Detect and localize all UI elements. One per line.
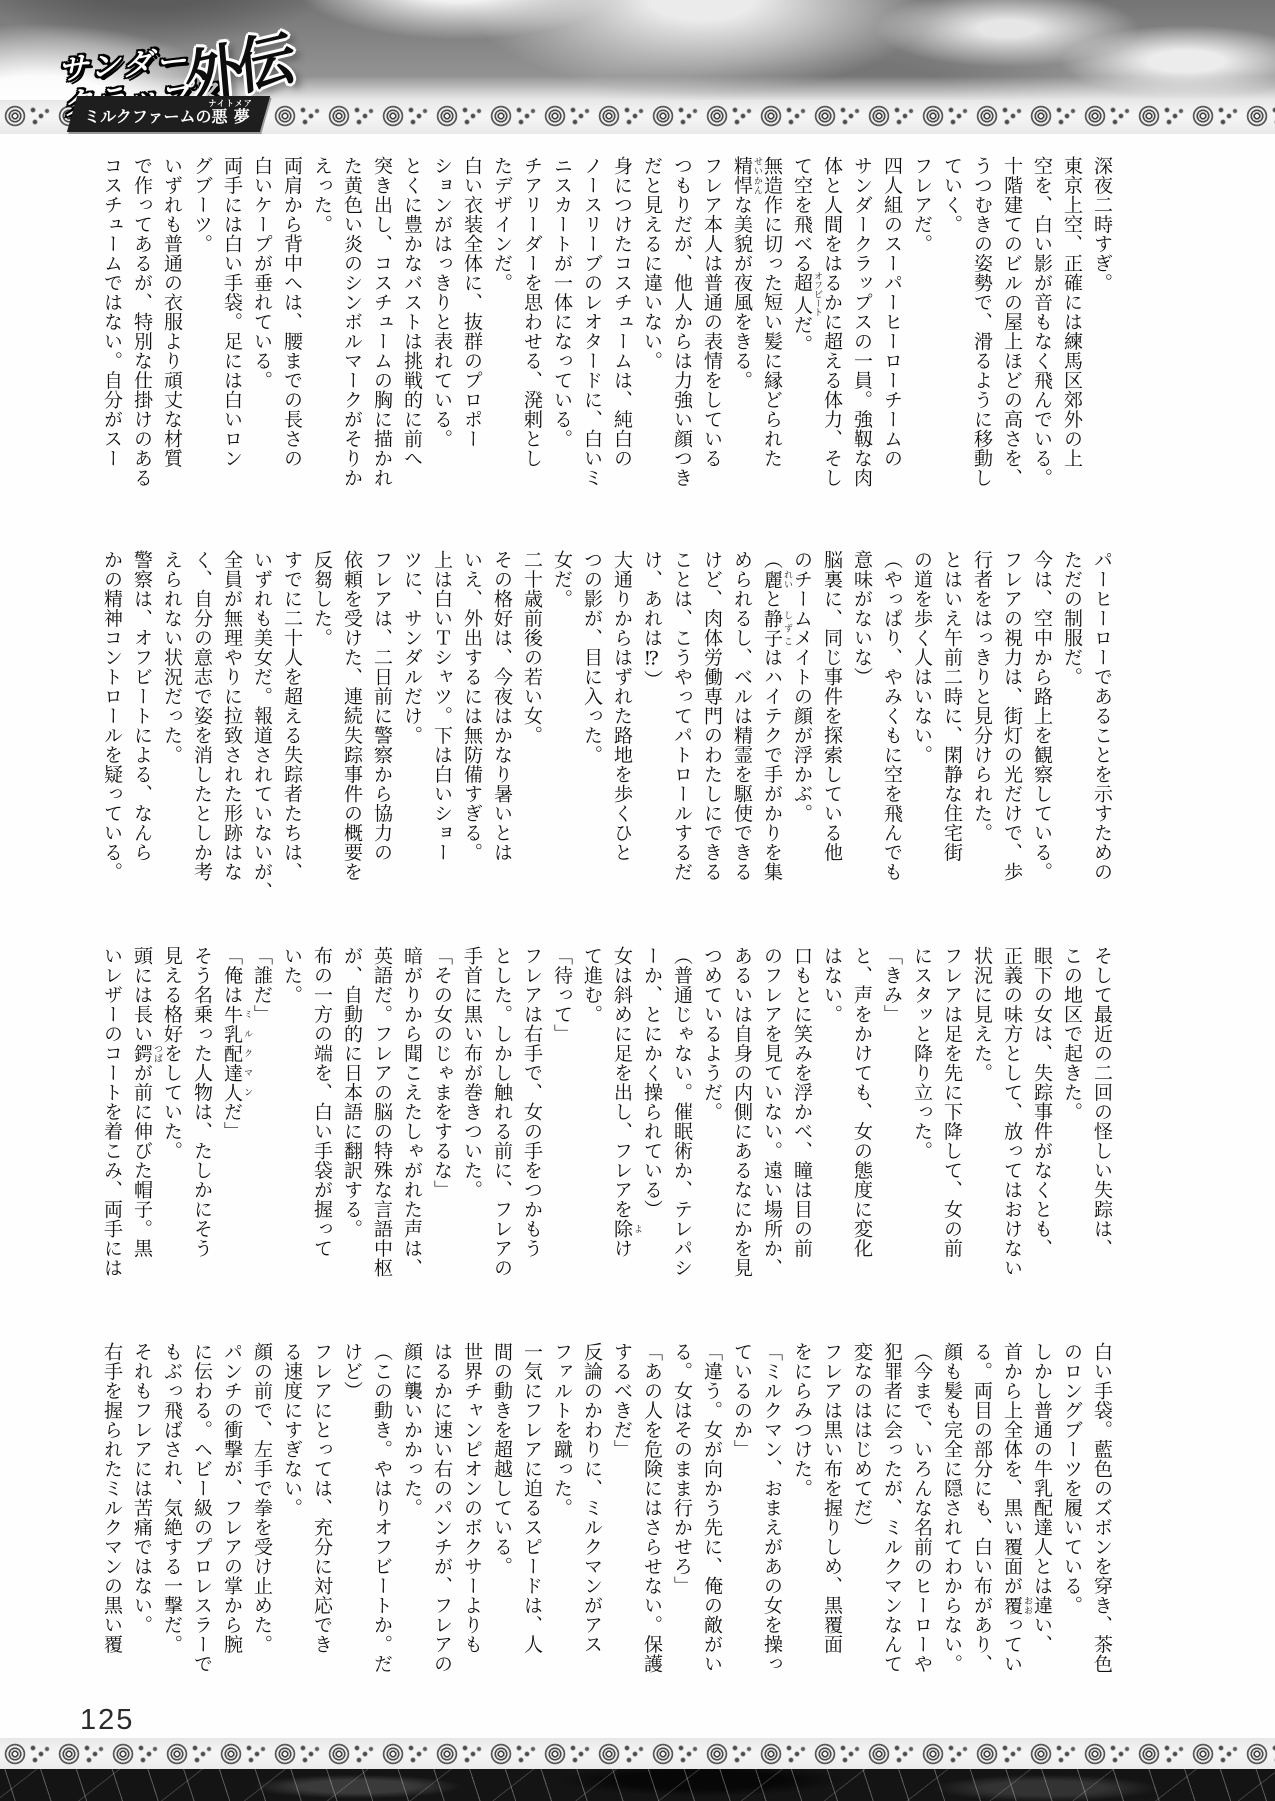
text-band-1: 深夜二時すぎ。 東京上空、正確には練馬区郊外の上 空を、白い影が音もなく飛んでい… [95,156,1117,510]
volume-subtitle: ミルクファームの悪夢ナイトメア [84,99,253,128]
text-band-2: パーヒーローであることを示すための ただの制服だ。 今は、空中から路上を観察して… [95,550,1117,904]
volume-subtitle-banner: ミルクファームの悪夢ナイトメア [67,96,270,132]
header-cloud-photo: サンダー クラップス 外伝 [0,0,1275,102]
novel-page: サンダー クラップス 外伝 ミルクファームの悪夢ナイトメア 深夜二時すぎ。 東京… [0,0,1275,1801]
page-bottom-marble-texture [0,1769,1275,1801]
text-band-3: そして最近の二回の怪しい失踪は、 この地区で起きた。 眼下の女は、失踪事件がなく… [95,946,1117,1300]
ornamental-wave-border-bottom [0,1738,1275,1772]
text-band-4: 白い手袋。藍色のズボンを穿き、茶色 のロングブーツを履いている。 しかし普通の牛… [95,1342,1117,1696]
page-number: 125 [80,1704,134,1737]
